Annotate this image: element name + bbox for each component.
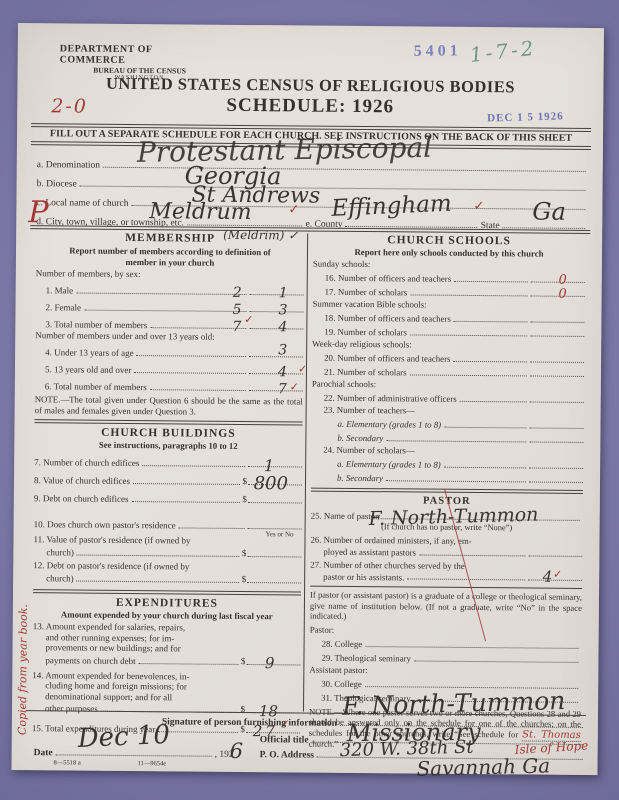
dotted-leader bbox=[454, 320, 528, 322]
dotted-leader bbox=[410, 294, 527, 296]
serial-number-stamp: 5401 bbox=[414, 42, 462, 60]
q26-block: 26. Number of ordained ministers, if any… bbox=[310, 535, 582, 560]
signature-label: Signature of person furnishing informati… bbox=[162, 717, 337, 729]
q21-label: 21. Number of scholars bbox=[312, 367, 407, 378]
dotted-leader bbox=[386, 440, 526, 442]
official-title-label: Official title bbox=[260, 735, 309, 745]
q26-tail: ployed as assistant pastors bbox=[310, 547, 416, 558]
q2-label: 2. Female bbox=[35, 302, 81, 313]
dotted-leader bbox=[407, 578, 525, 580]
q6-check-mark: ✓ bbox=[290, 382, 299, 393]
q10-yes-no-hint: Yes or No bbox=[265, 529, 293, 540]
q27-answer: 4 bbox=[543, 571, 553, 582]
q13-answer: 9 bbox=[265, 658, 275, 669]
q29-row: 29. Theological seminary bbox=[309, 649, 581, 665]
dollar-sign: $ bbox=[241, 655, 246, 666]
q24b-label: b. Secondary bbox=[311, 473, 383, 484]
left-column: MEMBERSHIP Report number of members acco… bbox=[32, 231, 304, 736]
q17-label: 17. Number of scholars bbox=[313, 287, 408, 298]
q3-label: 3. Total number of members bbox=[35, 319, 147, 331]
dotted-leader bbox=[133, 483, 239, 485]
po-city-handwriting: Savannah Ga bbox=[416, 753, 550, 780]
q25-row: 25. Name of pastor F. North-Tummon bbox=[311, 506, 583, 523]
q4-answer: 3 bbox=[278, 345, 287, 356]
answer-blank bbox=[247, 582, 301, 583]
census-schedule-sheet: DEPARTMENT OF COMMERCE BUREAU OF THE CEN… bbox=[11, 23, 603, 775]
dotted-leader bbox=[134, 372, 246, 374]
membership-note: NOTE.—The total given under Question 6 s… bbox=[35, 394, 303, 417]
graduate-note: If pastor (or assistant pastor) is a gra… bbox=[310, 590, 582, 624]
denomination-label: a. Denomination bbox=[37, 160, 100, 171]
dotted-leader bbox=[142, 465, 245, 467]
q11-block: 11. Value of pastor's residence (if owne… bbox=[33, 534, 301, 560]
q14-tail: other purposes bbox=[32, 703, 98, 715]
city-check-mark: ✓ bbox=[288, 201, 299, 217]
q13-tail-row: payments on church debt$ 9 bbox=[32, 653, 300, 668]
dollar-sign: $ bbox=[242, 493, 247, 504]
answer-blank bbox=[249, 373, 303, 374]
denomination-handwriting: Protestant Episcopal bbox=[137, 131, 433, 169]
q30-label: 30. College bbox=[309, 679, 362, 690]
membership-subtitle: Report number of members according to de… bbox=[55, 245, 285, 268]
dotted-leader bbox=[132, 501, 240, 503]
answer-blank bbox=[529, 467, 583, 468]
answer-blank bbox=[249, 328, 303, 329]
q12-tail-row: church)$ bbox=[33, 571, 301, 586]
answer-blank bbox=[528, 555, 582, 556]
year-digit-handwriting: 6 bbox=[230, 739, 244, 763]
answer-blank bbox=[249, 356, 303, 357]
form-number-left: 8—5518 a bbox=[54, 759, 81, 766]
q27-tail-row: pastor or his assistants. 4 ✓ bbox=[310, 570, 582, 584]
q8-row: 8. Value of church edifices$ 800 bbox=[34, 468, 302, 488]
date-label: Date bbox=[34, 748, 53, 758]
dotted-leader bbox=[137, 355, 247, 357]
dotted-leader bbox=[454, 280, 528, 282]
membership-title: MEMBERSHIP bbox=[36, 231, 304, 246]
city-handwriting: Meldrum bbox=[149, 199, 251, 225]
dotted-leader bbox=[76, 293, 247, 295]
dotted-leader bbox=[365, 646, 578, 649]
q19-label: 19. Number of scholars bbox=[312, 327, 407, 338]
dotted-leader bbox=[386, 480, 526, 482]
q17-row: 17. Number of scholars 0 bbox=[313, 283, 585, 299]
q7-label: 7. Number of church edifices bbox=[34, 457, 139, 469]
q13-block: 13. Amount expended for salaries, repair… bbox=[32, 621, 300, 668]
q22-label: 22. Number of administrative officers bbox=[312, 393, 457, 405]
q21-margin-check: ✓ bbox=[298, 364, 307, 375]
q14-body: 14. Amount expended for benevolences, in… bbox=[32, 670, 300, 704]
dotted-leader bbox=[410, 334, 527, 336]
q8-label: 8. Value of church edifices bbox=[34, 475, 130, 487]
q7-row: 7. Number of church edifices 1 bbox=[34, 450, 302, 470]
q17-answer: 0 bbox=[558, 290, 566, 301]
state-handwriting: Ga bbox=[532, 197, 566, 225]
answer-blank bbox=[530, 321, 584, 322]
po-address-label: P. O. Address bbox=[260, 750, 314, 760]
dotted-leader bbox=[410, 374, 527, 376]
q6-row: 6. Total number of members 7 ✓ bbox=[35, 375, 303, 394]
q1-label: 1. Male bbox=[36, 285, 74, 296]
q5-label: 5. 13 years old and over bbox=[35, 364, 132, 376]
dotted-leader bbox=[77, 580, 239, 582]
q19-row: 19. Number of scholars bbox=[312, 323, 584, 339]
right-column: CHURCH SCHOOLS Report here only schools … bbox=[309, 234, 585, 752]
answer-blank bbox=[248, 466, 302, 467]
q27-block: 27. Number of other churches served by t… bbox=[310, 559, 582, 584]
q13-body: 13. Amount expended for salaries, repair… bbox=[33, 621, 301, 655]
county-check-mark: ✓ bbox=[473, 198, 484, 214]
expenditures-subtitle: Amount expended by your church during la… bbox=[33, 609, 301, 622]
diocese-label: b. Diocese bbox=[37, 179, 77, 189]
q14-block: 14. Amount expended for benevolences, in… bbox=[32, 670, 300, 717]
q4-label: 4. Under 13 years of age bbox=[35, 347, 134, 359]
answer-blank bbox=[530, 401, 584, 402]
column-divider-line bbox=[303, 234, 308, 712]
dotted-leader bbox=[150, 389, 246, 391]
green-pencil-code: 1-7-2 bbox=[469, 36, 538, 67]
q3-row: 3. Total number of members 7 ✓ 4 bbox=[35, 313, 303, 332]
q6-label: 6. Total number of members bbox=[35, 381, 147, 393]
dollar-sign: $ bbox=[242, 475, 247, 486]
q26-tail-row: ployed as assistant pastors bbox=[310, 545, 582, 559]
answer-blank bbox=[529, 441, 583, 442]
q9-label: 9. Debt on church edifices bbox=[34, 493, 129, 505]
photo-background: DEPARTMENT OF COMMERCE BUREAU OF THE CEN… bbox=[0, 0, 619, 800]
q27-tail: pastor or his assistants. bbox=[310, 571, 404, 582]
answer-blank bbox=[248, 502, 302, 503]
q21-row: ✓ 21. Number of scholars bbox=[312, 363, 584, 379]
form-number-right: 11—9654e bbox=[138, 760, 167, 767]
dotted-leader bbox=[139, 663, 238, 665]
red-code-annotation: 2-0 bbox=[51, 95, 88, 117]
q3-answer-second: 4 bbox=[278, 322, 287, 333]
q22-row: 22. Number of administrative officers bbox=[312, 389, 584, 405]
q12-tail: church) bbox=[33, 573, 74, 584]
church-buildings-rule bbox=[35, 419, 303, 425]
dollar-sign: $ bbox=[242, 547, 247, 558]
q23b-row: b. Secondary bbox=[311, 429, 583, 445]
dotted-leader bbox=[84, 310, 247, 312]
q11-tail: church) bbox=[33, 547, 74, 558]
q10-row: 10. Does church own pastor's residence Y… bbox=[34, 508, 302, 532]
q3-answer-first: 7 bbox=[232, 322, 241, 333]
answer-blank bbox=[529, 481, 583, 482]
dotted-leader bbox=[444, 466, 526, 468]
q12-block: 12. Debt on pastor's residence (if owned… bbox=[33, 560, 301, 586]
q6-answer: 7 bbox=[278, 384, 287, 395]
received-date-stamp: DEC 1 5 1926 bbox=[487, 110, 564, 124]
answer-blank bbox=[249, 311, 303, 312]
dollar-sign: $ bbox=[242, 573, 247, 584]
dotted-leader bbox=[414, 660, 579, 662]
department-line: DEPARTMENT OF COMMERCE bbox=[60, 43, 220, 66]
dotted-leader bbox=[419, 554, 525, 556]
q9-row: 9. Debt on church edifices$ bbox=[34, 486, 302, 506]
dotted-leader bbox=[77, 554, 239, 556]
expenditures-rule bbox=[33, 589, 301, 595]
county-handwriting: Effingham bbox=[331, 191, 452, 222]
q3-check-mark: ✓ bbox=[244, 315, 253, 326]
dotted-leader bbox=[444, 426, 526, 428]
dotted-leader bbox=[460, 400, 527, 402]
q28-label: 28. College bbox=[310, 639, 363, 650]
answer-blank bbox=[247, 556, 301, 557]
answer-blank bbox=[250, 294, 304, 295]
dotted-leader bbox=[56, 754, 212, 756]
dotted-leader bbox=[158, 731, 237, 733]
q10-label: 10. Does church own pastor's residence bbox=[34, 519, 176, 531]
answer-blank bbox=[530, 375, 584, 376]
q13-tail: payments on church debt bbox=[32, 655, 135, 667]
date-handwriting: Dec 10 bbox=[77, 720, 170, 754]
dotted-leader bbox=[179, 527, 245, 529]
q29-label: 29. Theological seminary bbox=[309, 653, 411, 664]
signature-handwriting: F. North-Tummon bbox=[342, 686, 566, 721]
q23b-label: b. Secondary bbox=[311, 433, 383, 444]
answer-blank bbox=[530, 335, 584, 336]
answer-blank bbox=[530, 361, 584, 362]
copied-from-yearbook-note: Copied from year book. bbox=[16, 565, 30, 735]
q27-check-mark: ✓ bbox=[553, 569, 562, 580]
dotted-leader bbox=[453, 360, 527, 362]
q24b-row: b. Secondary bbox=[311, 469, 583, 485]
q11-tail-row: church)$ bbox=[33, 545, 301, 560]
answer-blank bbox=[529, 427, 583, 428]
red-p-annotation: P bbox=[28, 195, 48, 230]
